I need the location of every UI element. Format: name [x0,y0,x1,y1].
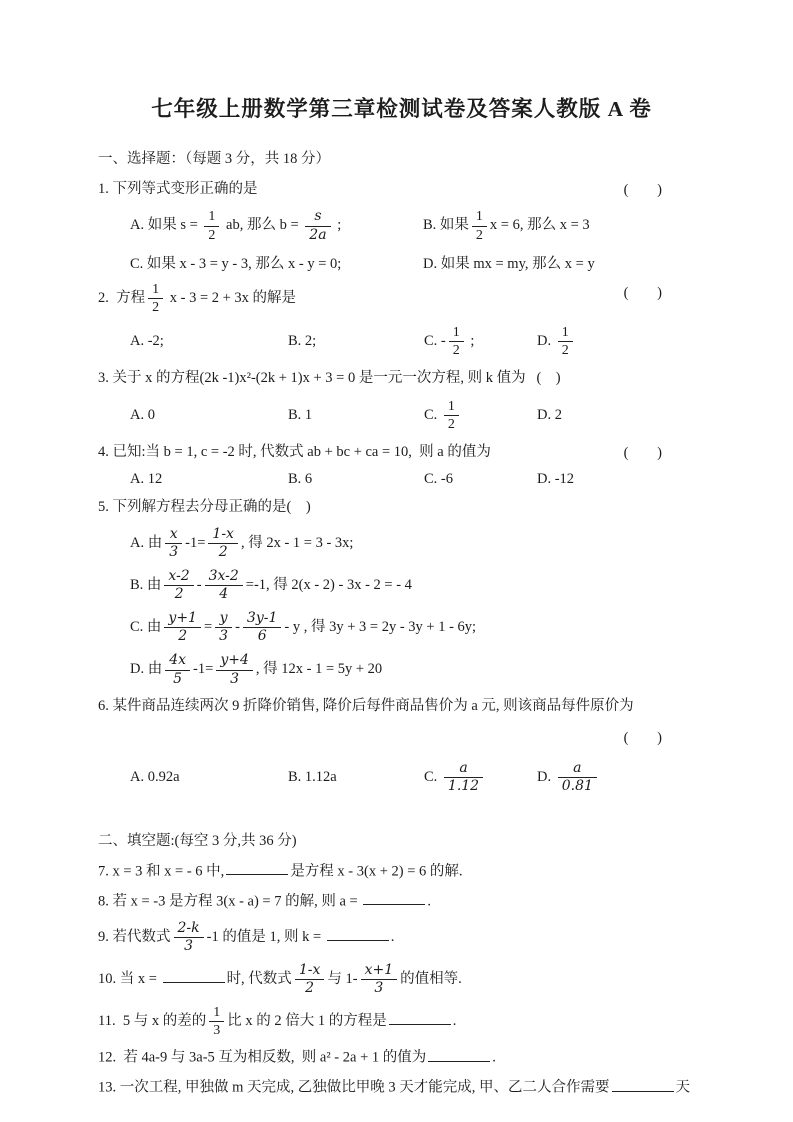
text-run: C. [424,769,441,785]
text-run: C. 由 [130,619,161,635]
text-run: . [492,1050,496,1066]
text-run: 5. 下列解方程去分母正确的是( ) [98,499,311,515]
text-run: x = 6, 那么 x = 3 [490,217,590,233]
fraction: a1.12 [444,761,483,794]
q4-options-option-B: B. 6 [288,471,424,488]
fraction: 2-k3 [174,921,204,954]
q4-options-option-D: D. -12 [537,471,705,488]
fraction-denominator: 2 [164,627,201,644]
text-run: 10. 当 x = [98,971,161,987]
q2-stem: 2. 方程12 x - 3 = 2 + 3x 的解是( ) [98,281,705,316]
text-run: -1= [185,535,205,551]
q2-options-option-B: B. 2; [288,333,424,350]
fraction-numerator: x [165,527,182,543]
fraction-numerator: 3x-2 [205,569,243,585]
text-run: - y , 得 3y + 3 = 2y - 3y + 1 - 6y; [284,619,476,635]
text-run: D. -12 [537,471,574,487]
q4-options: A. 12B. 6C. -6D. -12 [98,471,705,488]
text-run: 天 [676,1080,691,1096]
text-run: C. [424,407,441,423]
q2-options-option-A: A. -2; [130,333,288,350]
text-run: A. 如果 s = [130,217,201,233]
text-run: 比 x 的 2 倍大 1 的方程是 [227,1013,387,1029]
text-run: 12. 若 4a-9 与 3a-5 互为相反数, 则 a² - 2a + 1 的… [98,1050,426,1066]
text-run: B. 1 [288,407,312,423]
document-body: 一、选择题：（每题 3 分，共 18 分）1. 下列等式变形正确的是( )A. … [98,147,705,1099]
q6-options: A. 0.92aB. 1.12aC. a1.12D. a0.81 [98,760,705,795]
fraction-denominator: 3 [165,543,182,560]
fraction-denominator: 2 [148,298,163,315]
text-run: 的值相等. [400,971,462,987]
text-run: , 得 2x - 1 = 3 - 3x; [241,535,354,551]
fraction: a0.81 [558,761,597,794]
text-run: = [204,619,212,635]
q1-stem: 1. 下列等式变形正确的是( ) [98,178,705,200]
text-run: A. 0.92a [130,769,180,785]
text-run: . [391,929,395,945]
blank-underline [226,860,288,876]
text-run: C. - [424,333,446,349]
text-run: - [197,577,202,593]
fraction-denominator: 6 [243,627,281,644]
fraction-denominator: 2 [164,585,193,602]
fraction: 3y-16 [243,611,281,644]
blank-underline [428,1046,490,1062]
blank-underline [327,925,389,941]
fraction: 12 [148,282,163,315]
text-run: 与 1- [327,971,357,987]
fraction-denominator: 2 [558,341,573,358]
q3-stem: 3. 关于 x 的方程(2k -1)x²-(2k + 1)x + 3 = 0 是… [98,367,705,389]
fraction-numerator: 1 [449,325,464,341]
q6-options-option-C: C. a1.12 [424,760,537,795]
q1-options-cd: C. 如果 x - 3 = y - 3, 那么 x - y = 0;D. 如果 … [98,252,705,273]
fraction: x-22 [164,569,193,602]
text-run: . [427,893,431,909]
fraction: 13 [209,1005,224,1038]
text-run: -1= [193,661,213,677]
fraction: x3 [165,527,182,560]
fraction-numerator: 1 [148,282,163,298]
text-run: 是方程 x - 3(x + 2) = 6 的解. [290,863,462,879]
text-run: ; [334,217,342,233]
q2-options-option-D: D. 12 [537,324,705,359]
q5-option-d: D. 由4x5-1=y+43, 得 12x - 1 = 5y + 20 [98,652,705,687]
fraction-denominator: 4 [205,585,243,602]
q5-option-c: C. 由y+12=y3-3y-16- y , 得 3y + 3 = 2y - 3… [98,610,705,645]
fraction-numerator: 1-x [208,527,238,543]
q13: 13. 一次工程, 甲独做 m 天完成, 乙独做比甲晚 3 天才能完成, 甲、乙… [98,1076,705,1099]
section-1-heading: 一、选择题：（每题 3 分，共 18 分） [98,147,705,168]
text-run: D. 如果 mx = my, 那么 x = y [423,256,595,272]
q10: 10. 当 x = 时, 代数式1-x2与 1-x+13的值相等. [98,962,705,997]
text-run: 13. 一次工程, 甲独做 m 天完成, 乙独做比甲晚 3 天才能完成, 甲、乙… [98,1080,610,1096]
fraction-denominator: 3 [174,937,204,954]
q8: 8. 若 x = -3 是方程 3(x - a) = 7 的解, 则 a = . [98,890,705,913]
fraction-denominator: 3 [361,979,398,996]
answer-bracket: ( ) [624,442,663,464]
text-run: ; [467,333,475,349]
text-run: A. 由 [130,535,162,551]
q4-stem: 4. 已知:当 b = 1, c = -2 时, 代数式 ab + bc + c… [98,441,705,463]
text-run: B. 6 [288,471,312,487]
fraction-numerator: 4x [165,653,190,669]
text-run: B. 由 [130,577,161,593]
q7: 7. x = 3 和 x = - 6 中,是方程 x - 3(x + 2) = … [98,860,705,883]
text-run: D. 由 [130,661,162,677]
fraction: 12 [472,209,487,242]
q6-stem: 6. 某件商品连续两次 9 折降价销售, 降价后每件商品售价为 a 元, 则该商… [98,695,705,717]
fraction-numerator: y+1 [164,611,201,627]
q3-options: A. 0B. 1C. 12D. 2 [98,398,705,433]
fraction: y+43 [216,653,253,686]
text-run: D. [537,769,555,785]
fraction-numerator: a [444,761,483,777]
fraction-numerator: 1 [444,399,459,415]
fraction-numerator: 1 [209,1005,224,1021]
q3-options-option-D: D. 2 [537,407,705,424]
text-run: 2. 方程 [98,290,145,306]
fraction-numerator: y+4 [216,653,253,669]
blank-underline [612,1076,674,1092]
blank-underline [389,1010,451,1026]
blank-underline [363,890,425,906]
fraction-numerator: 1 [558,325,573,341]
fraction-numerator: x+1 [361,963,398,979]
fraction: 12 [444,399,459,432]
q1-options-cd-option-B: D. 如果 mx = my, 那么 x = y [423,252,705,273]
q6-options-option-D: D. a0.81 [537,760,705,795]
fraction-denominator: 3 [215,627,232,644]
q11: 11. 5 与 x 的差的13比 x 的 2 倍大 1 的方程是. [98,1004,705,1039]
q5-stem: 5. 下列解方程去分母正确的是( ) [98,496,705,518]
q4-options-option-A: A. 12 [130,471,288,488]
text-run: D. 2 [537,407,562,423]
q2-options: A. -2;B. 2;C. -12 ;D. 12 [98,324,705,359]
text-run: B. 2; [288,333,316,349]
q3-options-option-C: C. 12 [424,398,537,433]
text-run: 6. 某件商品连续两次 9 折降价销售, 降价后每件商品售价为 a 元, 则该商… [98,698,634,714]
fraction-numerator: s [305,209,330,225]
fraction: x+13 [361,963,398,996]
fraction: s2a [305,209,330,242]
fraction: 12 [558,325,573,358]
q3-options-option-B: B. 1 [288,407,424,424]
text-run: 7. x = 3 和 x = - 6 中, [98,863,224,879]
fraction-denominator: 5 [165,670,190,687]
fraction-denominator: 3 [216,670,253,687]
fraction-numerator: a [558,761,597,777]
page-title: 七年级上册数学第三章检测试卷及答案人教版 A 卷 [98,92,705,123]
q12: 12. 若 4a-9 与 3a-5 互为相反数, 则 a² - 2a + 1 的… [98,1046,705,1069]
test-paper-page: 七年级上册数学第三章检测试卷及答案人教版 A 卷 一、选择题：（每题 3 分，共… [0,0,793,1122]
text-run: , 得 12x - 1 = 5y + 20 [256,661,382,677]
fraction-denominator: 2 [208,543,238,560]
fraction-denominator: 2 [472,226,487,243]
q1-options-ab-option-B: B. 如果12x = 6, 那么 x = 3 [423,208,705,243]
text-run: A. 0 [130,407,155,423]
fraction-numerator: 1-x [295,963,325,979]
text-run: ab, 那么 b = [222,217,302,233]
text-run: =-1, 得 2(x - 2) - 3x - 2 = - 4 [246,577,412,593]
answer-bracket: ( ) [624,282,663,304]
fraction-denominator: 1.12 [444,777,483,794]
fraction: 1-x2 [295,963,325,996]
q1-options-ab-option-A: A. 如果 s = 12 ab, 那么 b = s2a ; [130,208,423,243]
fraction-denominator: 2 [444,415,459,432]
q1-options-cd-option-A: C. 如果 x - 3 = y - 3, 那么 x - y = 0; [130,252,423,273]
fraction: y+12 [164,611,201,644]
text-run: C. -6 [424,471,453,487]
fraction-denominator: 2 [449,341,464,358]
fraction: 12 [204,209,219,242]
fraction-numerator: x-2 [164,569,193,585]
text-run: 1. 下列等式变形正确的是 [98,181,258,197]
text-run: . [453,1013,457,1029]
q6-options-option-A: A. 0.92a [130,769,288,786]
text-run: 8. 若 x = -3 是方程 3(x - a) = 7 的解, 则 a = [98,893,361,909]
fraction: 3x-24 [205,569,243,602]
text-run: 3. 关于 x 的方程(2k -1)x²-(2k + 1)x + 3 = 0 是… [98,370,561,386]
q5-option-a: A. 由x3-1=1-x2, 得 2x - 1 = 3 - 3x; [98,526,705,561]
answer-bracket: ( ) [624,730,663,746]
text-run: D. [537,333,555,349]
fraction-denominator: 2 [295,979,325,996]
q5-option-b: B. 由x-22-3x-24=-1, 得 2(x - 2) - 3x - 2 =… [98,568,705,603]
text-run: x - 3 = 2 + 3x 的解是 [166,290,296,306]
fraction: y3 [215,611,232,644]
fraction-numerator: 1 [204,209,219,225]
q1-options-ab: A. 如果 s = 12 ab, 那么 b = s2a ;B. 如果12x = … [98,208,705,243]
answer-bracket: ( ) [624,179,663,201]
fraction-denominator: 3 [209,1021,224,1038]
fraction-numerator: 3y-1 [243,611,281,627]
text-run: A. -2; [130,333,164,349]
text-run: 4. 已知:当 b = 1, c = -2 时, 代数式 ab + bc + c… [98,444,491,460]
blank-underline [163,967,225,983]
text-run: C. 如果 x - 3 = y - 3, 那么 x - y = 0; [130,256,341,272]
q2-options-option-C: C. -12 ; [424,324,537,359]
text-run: 11. 5 与 x 的差的 [98,1013,206,1029]
text-run: - [235,619,240,635]
fraction: 12 [449,325,464,358]
fraction-denominator: 2a [305,226,330,243]
fraction-numerator: y [215,611,232,627]
q9: 9. 若代数式2-k3-1 的值是 1, 则 k = . [98,920,705,955]
fraction-numerator: 1 [472,209,487,225]
q3-options-option-A: A. 0 [130,407,288,424]
text-run: A. 12 [130,471,162,487]
q6-options-option-B: B. 1.12a [288,769,424,786]
section-2-heading: 二、填空题:(每空 3 分,共 36 分) [98,829,705,850]
q4-options-option-C: C. -6 [424,471,537,488]
fraction: 4x5 [165,653,190,686]
text-run: 9. 若代数式 [98,929,171,945]
q6-bracket-line: ( ) [98,727,705,749]
text-run: 时, 代数式 [227,971,292,987]
text-run: -1 的值是 1, 则 k = [207,929,325,945]
fraction-denominator: 0.81 [558,777,597,794]
fraction: 1-x2 [208,527,238,560]
fraction-denominator: 2 [204,226,219,243]
text-run: B. 如果 [423,217,469,233]
fraction-numerator: 2-k [174,921,204,937]
text-run: B. 1.12a [288,769,337,785]
